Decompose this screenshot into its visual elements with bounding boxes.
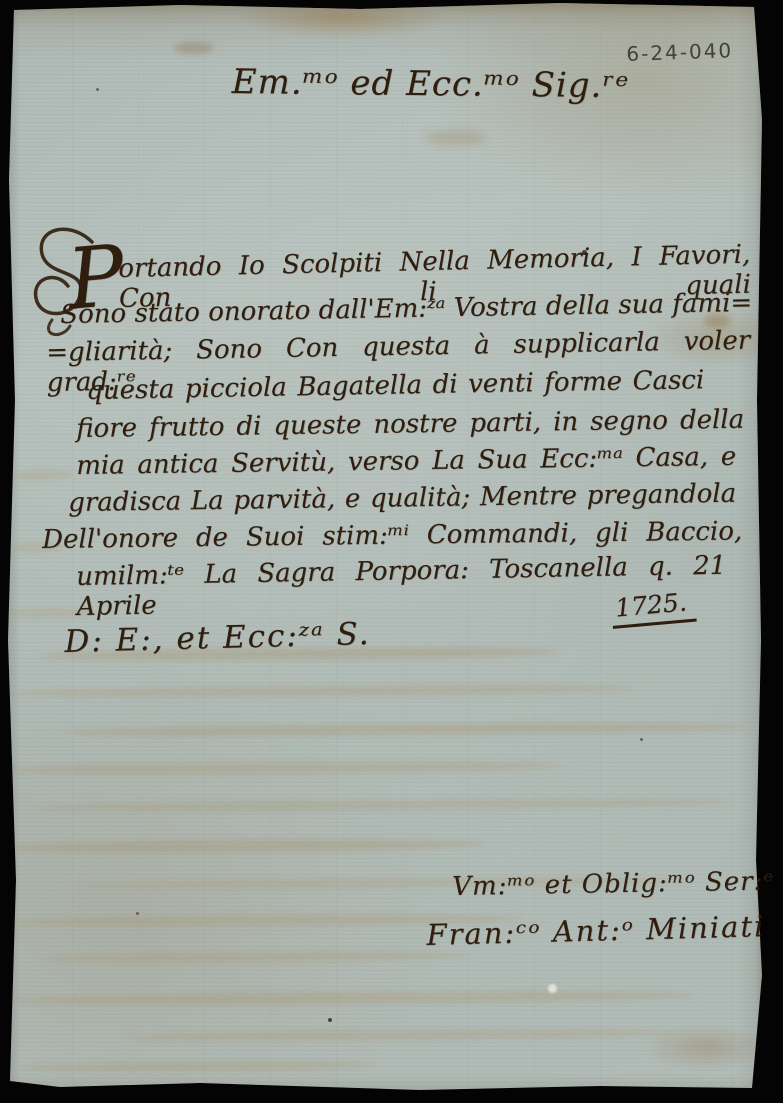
letter-content: 6-24-040 Em.ᵐᵒ ed Ecc.ᵐᵒ Sig.ʳᵉ P ortand…: [0, 0, 783, 1103]
valediction-line: D: E:, et Ecc:ᶻᵃ S.: [64, 616, 371, 660]
date-year: 1725.: [610, 587, 696, 629]
manuscript-line-3: =gliarità; Sono Con questa à supplicarla…: [46, 326, 750, 372]
manuscript-line-7: gradisca La parvità, e qualità; Mentre p…: [68, 479, 736, 522]
salutation-line: Em.ᵐᵒ ed Ecc.ᵐᵒ Sig.ʳᵉ: [232, 62, 630, 106]
manuscript-scan: 6-24-040 Em.ᵐᵒ ed Ecc.ᵐᵒ Sig.ʳᵉ P ortand…: [0, 0, 783, 1103]
manuscript-line-5: fiore frutto di queste nostre parti, in …: [76, 405, 744, 448]
manuscript-line-1: ortando Io Scolpiti Nella Memoria, I Fav…: [118, 240, 751, 288]
signature-name: Fran:ᶜᵒ Ant:ᵒ Miniati: [426, 909, 766, 952]
manuscript-line-4: questa picciola Bagatella di venti forme…: [86, 365, 704, 410]
manuscript-line-9: umilm:ᵗᵉ La Sagra Porpora: Toscanella q.…: [76, 551, 726, 596]
manuscript-line-6: mia antica Servitù, verso La Sua Ecc:ᵐᵃ …: [76, 442, 736, 485]
archival-number: 6-24-040: [626, 38, 734, 66]
signature-title: Vm:ᵐᵒ et Oblig:ᵐᵒ Ser:ᵉ: [452, 866, 775, 902]
